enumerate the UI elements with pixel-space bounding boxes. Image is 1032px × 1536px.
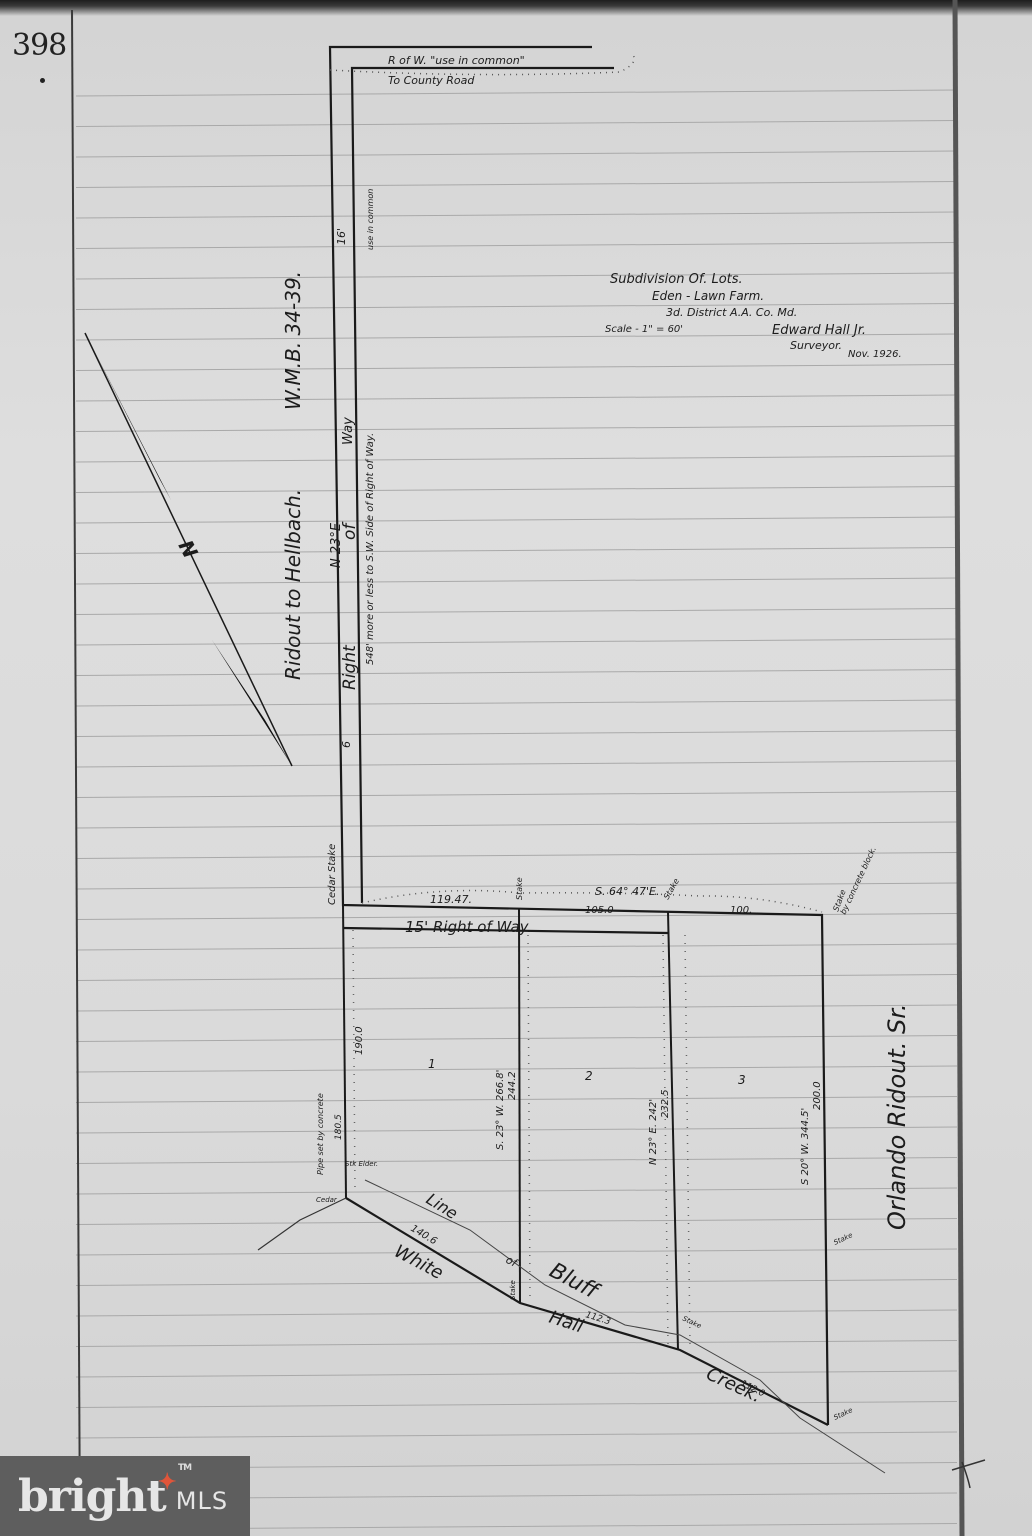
creek-marker-stake-4: Stake [509, 1280, 517, 1300]
row-bottom-label: 15' Right of Way. [405, 918, 532, 936]
watermark-brand: bright ✦ TM [18, 1471, 166, 1522]
surveyor-name: Edward Hall Jr. [772, 323, 866, 338]
right-frame-line [955, 0, 962, 1536]
title-scale: Scale - 1" = 60' [605, 324, 683, 335]
bluff-line [365, 1180, 885, 1473]
lot-3-east-bearing: S 20° W. 344.5' [800, 1108, 811, 1185]
row-initial: 6 [340, 741, 353, 748]
front-dist-1: 119.47. [430, 893, 472, 906]
surveyor-role: Surveyor. [790, 339, 842, 352]
marker-concrete-block: by concrete block. [839, 845, 878, 916]
lot-2-number: 2 [585, 1069, 593, 1083]
creek-marker-cedar: Cedar [316, 1196, 338, 1204]
brightmls-watermark: bright ✦ TM MLS [0, 1456, 250, 1536]
survey-plat-drawing: N R of W. "use in common" To County Road… [0, 0, 1032, 1536]
bluff-word-bluff: Bluff [545, 1258, 604, 1305]
row-use-in-common-side: use in common [366, 189, 375, 250]
title-line-2: Eden - Lawn Farm. [652, 289, 764, 303]
adjoining-west-ref: W.M.B. 34-39. [281, 271, 305, 410]
page-number: 398 [12, 28, 66, 63]
lot-1-number: 1 [428, 1057, 436, 1071]
creek-marker-elder: Stk Elder. [345, 1160, 378, 1168]
lot-2-west-note: 244.2 [507, 1071, 518, 1100]
survey-date: Nov. 1926. [848, 349, 902, 360]
ledger-page: N R of W. "use in common" To County Road… [0, 0, 1032, 1536]
bluff-word-of: of [504, 1253, 521, 1270]
lot-3-number: 3 [738, 1073, 746, 1087]
north-arrow-label: N [174, 536, 203, 562]
corner-mark [952, 1460, 985, 1488]
pipe-note: Pipe set by concrete [316, 1093, 325, 1175]
marker-cedar-stake: Cedar Stake [327, 844, 338, 905]
creek-word-hall: Hall [546, 1307, 585, 1338]
county-road-label: To County Road [388, 74, 475, 87]
lot-3-west-bearing: N 23° E. 242' [648, 1099, 659, 1165]
title-line-3: 3d. District A.A. Co. Md. [666, 306, 797, 319]
creek-word-white: White [391, 1241, 447, 1284]
row-word-way: Way [341, 417, 356, 445]
creek-west-line [258, 1198, 346, 1250]
watermark-brand-text: bright [18, 1471, 166, 1522]
sparkle-icon: ✦ [158, 1469, 175, 1495]
row-use-in-common-label: R of W. "use in common" [388, 54, 525, 67]
watermark-tm: TM [178, 1463, 191, 1473]
adjoining-west-label: Ridout to Hellbach. [281, 489, 305, 680]
title-line-1: Subdivision Of. Lots. [610, 272, 743, 287]
creek-marker-stake-1: Stake [832, 1231, 853, 1247]
right-of-way-corridor [330, 47, 828, 1425]
marker-stake-1: Stake [515, 877, 524, 900]
row-word-right: Right [340, 644, 360, 690]
north-arrow: N [85, 333, 292, 766]
creek-marker-stake-3: Stake [832, 1406, 853, 1422]
bluff-word-line: Line [423, 1189, 461, 1223]
lot-1-west-dist: 190.0 [354, 1026, 365, 1055]
row-width-16: 16' [335, 228, 348, 245]
lot-1-west-note: 180.5 [334, 1114, 344, 1140]
lot-3-west-note: 232.5 [660, 1089, 671, 1118]
marker-stake-2: Stake [662, 877, 681, 901]
watermark-suffix: MLS [176, 1487, 228, 1515]
front-dist-2: 105.0 [585, 905, 614, 916]
adjoining-east-label: Orlando Ridout. Sr. [883, 1003, 911, 1230]
row-length-note: 548' more or less to S.W. Side of Right … [365, 433, 376, 665]
front-dist-3: 100. [730, 905, 752, 916]
ink-dot [40, 78, 45, 83]
lot-2-west-bearing: S. 23° W. 266.8' [495, 1070, 506, 1150]
left-margin-line [72, 10, 80, 1536]
front-bearing: S. 64° 47'E. [595, 885, 659, 898]
creek-marker-stake-2: Stake [681, 1315, 702, 1331]
lot-3-east-note: 200.0 [812, 1081, 823, 1110]
